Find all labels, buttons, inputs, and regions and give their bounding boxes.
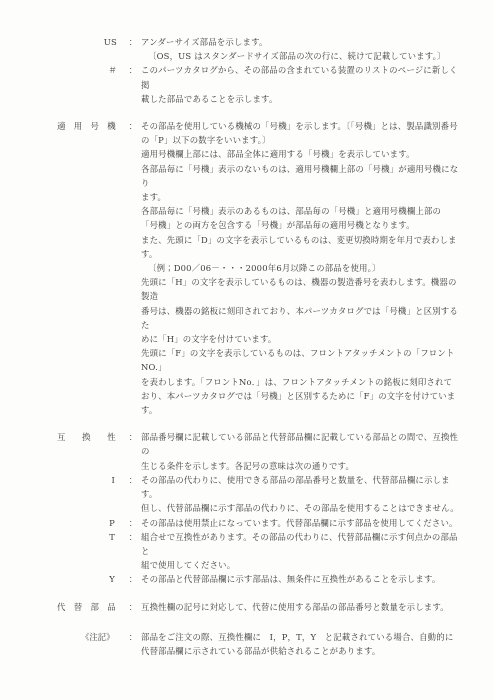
definition-text: 部品番号欄に記載している部品と代替部品欄に記載している部品との間で、互換性の生じ… <box>141 430 465 473</box>
definition-text: アンダーサイズ部品を示します。〔OS，US はスタンダードサイズ部品の次の行に、… <box>141 35 465 63</box>
definition-line: 部品をご注文の際、互換性欄に I，P，T，Y と記載されている場合、自動的に <box>141 630 465 644</box>
definition-line: おり、本パーツカタログでは「号機」と区別するために「F」の文字を付けています。 <box>141 389 465 417</box>
definition-row: P：その部品は使用禁止になっています。代替部品欄に示す部品を使用してください。 <box>0 516 494 530</box>
definition-line: を表わします。「フロントNo．」は、フロントアタッチメントの銘板に刻印されて <box>141 375 465 389</box>
definition-line: 適用号機欄上部には、部品全体に適用する「号機」を表示しています。 <box>141 147 465 161</box>
definition-line: その部品を使用している機械の「号機」を示します。〔「号機」とは、製品識別番号 <box>141 119 465 133</box>
colon-separator: ： <box>125 473 141 487</box>
definition-row: I：その部品の代わりに、使用できる部品の部品番号と数量を、代替部品欄に示します。… <box>0 473 494 516</box>
definition-line: 部品番号欄に記載している部品と代替部品欄に記載している部品との間で、互換性の <box>141 430 465 458</box>
definition-line: このパーツカタログから、その部品の含まれている装置のリストのページに新しく掲 <box>141 63 465 91</box>
definition-line: 但し、代替部品欄に示す部品の代わりに、その部品を使用することはできません。 <box>141 501 465 515</box>
definition-text: 互換性欄の記号に対応して、代替に使用する部品の部品番号と数量を示します。 <box>141 600 465 614</box>
definition-row: T：組合せで互換性があります。その部品の代わりに、代替部品欄に示す何点かの部品と… <box>0 530 494 573</box>
document-body: US：アンダーサイズ部品を示します。〔OS，US はスタンダードサイズ部品の次の… <box>0 35 494 658</box>
colon-separator: ： <box>125 516 141 530</box>
definition-line: 〔OS，US はスタンダードサイズ部品の次の行に、続けて記載しています。〕 <box>141 49 465 63</box>
definition-row: 適 用 号 機：その部品を使用している機械の「号機」を示します。〔「号機」とは、… <box>0 119 494 417</box>
term-label: P <box>57 516 125 530</box>
definition-line: 先頭に「F」の文字を表示しているものは、フロントアタッチメントの「フロントNO.… <box>141 346 465 374</box>
definition-text: 組合せで互換性があります。その部品の代わりに、代替部品欄に示す何点かの部品と組で… <box>141 530 465 573</box>
colon-separator: ： <box>125 530 141 544</box>
definition-line: 組で使用してください。 <box>141 558 465 572</box>
definition-line: 組合せで互換性があります。その部品の代わりに、代替部品欄に示す何点かの部品と <box>141 530 465 558</box>
definition-row: ＃：このパーツカタログから、その部品の含まれている装置のリストのページに新しく掲… <box>0 63 494 106</box>
term-label: 《注記》 <box>57 630 125 644</box>
definition-line: の「P」以下の数字をいいます。〕 <box>141 133 465 147</box>
definition-text: このパーツカタログから、その部品の含まれている装置のリストのページに新しく掲載し… <box>141 63 465 106</box>
definition-line: ます。 <box>141 190 465 204</box>
definition-line: その部品の代わりに、使用できる部品の部品番号と数量を、代替部品欄に示します。 <box>141 473 465 501</box>
definition-line: 「号機」との両方を包含する「号機」が部品毎の適用号機となります。 <box>141 218 465 232</box>
definition-line: 〔例；D00／06－・・・2000年6月以降この部品を使用。〕 <box>141 261 465 275</box>
definition-row: US：アンダーサイズ部品を示します。〔OS，US はスタンダードサイズ部品の次の… <box>0 35 494 63</box>
definition-line: 互換性欄の記号に対応して、代替に使用する部品の部品番号と数量を示します。 <box>141 600 465 614</box>
definition-text: 部品をご注文の際、互換性欄に I，P，T，Y と記載されている場合、自動的に代替… <box>141 630 465 658</box>
definition-line: その部品と代替部品欄に示す部品は、無条件に互換性があることを示します。 <box>141 572 465 586</box>
term-label: ＃ <box>57 63 125 77</box>
colon-separator: ： <box>125 63 141 77</box>
definition-line: その部品は使用禁止になっています。代替部品欄に示す部品を使用してください。 <box>141 516 465 530</box>
definition-text: その部品の代わりに、使用できる部品の部品番号と数量を、代替部品欄に示します。但し… <box>141 473 465 516</box>
colon-separator: ： <box>125 600 141 614</box>
definition-row: Y：その部品と代替部品欄に示す部品は、無条件に互換性があることを示します。 <box>0 572 494 586</box>
colon-separator: ： <box>125 430 141 444</box>
definition-line: 生じる条件を示します。各記号の意味は次の通りです。 <box>141 459 465 473</box>
definition-line: 各部品毎に「号機」表示のないものは、適用号機欄上部の「号機」が適用号機になり <box>141 162 465 190</box>
term-label: T <box>57 530 125 544</box>
definition-row: 互 換 性：部品番号欄に記載している部品と代替部品欄に記載している部品との間で、… <box>0 430 494 473</box>
definition-line: めに「H」の文字を付けています。 <box>141 332 465 346</box>
term-label: 互 換 性 <box>57 430 125 444</box>
definition-row: 代 替 部 品：互換性欄の記号に対応して、代替に使用する部品の部品番号と数量を示… <box>0 600 494 614</box>
definition-line: 先頭に「H」の文字を表示しているものは、機器の製造番号を表わします。機器の製造 <box>141 275 465 303</box>
definition-text: その部品を使用している機械の「号機」を示します。〔「号機」とは、製品識別番号の「… <box>141 119 465 417</box>
note-row: 《注記》：部品をご注文の際、互換性欄に I，P，T，Y と記載されている場合、自… <box>0 630 494 658</box>
colon-separator: ： <box>125 572 141 586</box>
term-label: US <box>57 35 125 49</box>
colon-separator: ： <box>125 630 141 644</box>
term-label: 適 用 号 機 <box>57 119 125 133</box>
definition-line: 各部品毎に「号機」表示のあるものは、部品毎の「号機」と適用号機欄上部の <box>141 204 465 218</box>
colon-separator: ： <box>125 119 141 133</box>
term-label: I <box>57 473 125 487</box>
definition-line: 番号は、機器の銘板に刻印されており、本パーツカタログでは「号機」と区別するた <box>141 304 465 332</box>
term-label: 代 替 部 品 <box>57 600 125 614</box>
definition-line: 代替部品欄に示されている部品が供給されることがあります。 <box>141 644 465 658</box>
definition-text: その部品は使用禁止になっています。代替部品欄に示す部品を使用してください。 <box>141 516 465 530</box>
definition-line: アンダーサイズ部品を示します。 <box>141 35 465 49</box>
colon-separator: ： <box>125 35 141 49</box>
scanned-document-page: US：アンダーサイズ部品を示します。〔OS，US はスタンダードサイズ部品の次の… <box>0 0 494 700</box>
definition-line: また、先頭に「D」の文字を表示しているものは、変更切換時期を年月で表わします。 <box>141 233 465 261</box>
definition-line: 載した部品であることを示します。 <box>141 92 465 106</box>
term-label: Y <box>57 572 125 586</box>
definition-text: その部品と代替部品欄に示す部品は、無条件に互換性があることを示します。 <box>141 572 465 586</box>
